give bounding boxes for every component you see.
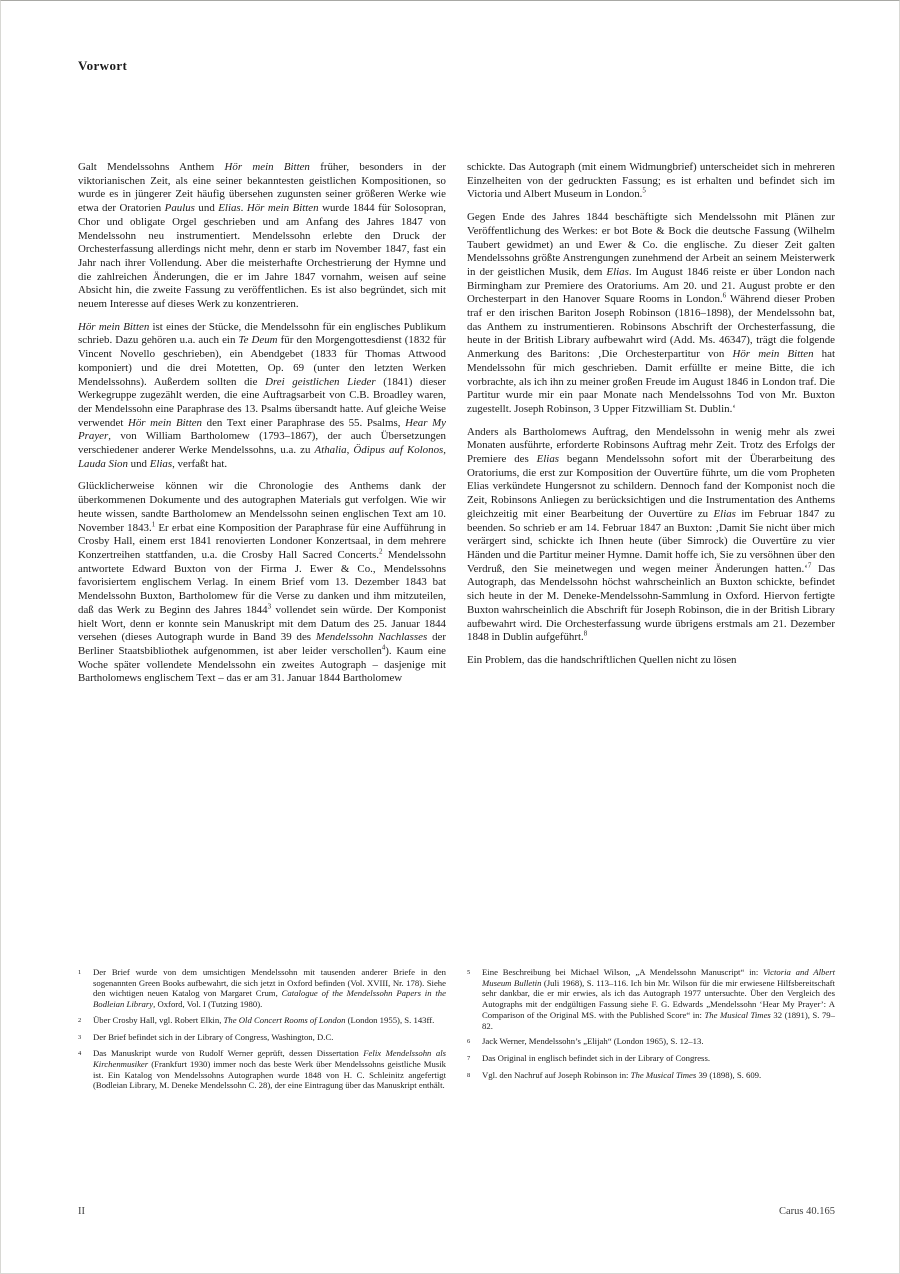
footnote-number: 2 [78,1015,93,1027]
footnote-number: 6 [467,1036,482,1048]
footnote-number: 3 [78,1032,93,1044]
catalog-number: Carus 40.165 [779,1206,835,1217]
footnote-text: Der Brief befindet sich in der Library o… [93,1032,446,1044]
footnotes-section: 1Der Brief wurde von dem umsichtigen Men… [78,967,835,1096]
right-column: schickte. Das Autograph (mit einem Widmu… [467,161,835,695]
text-columns: Galt Mendelssohns Anthem Hör mein Bitten… [78,161,835,695]
footnote-number: 8 [467,1070,482,1082]
footnote: 2Über Crosby Hall, vgl. Robert Elkin, Th… [78,1015,446,1027]
paragraph: Gegen Ende des Jahres 1844 beschäftigte … [467,211,835,417]
footnote-text: Das Manuskript wurde von Rudolf Werner g… [93,1048,446,1091]
footnote: 7Das Original in englisch befindet sich … [467,1053,835,1065]
footnote-reference: 2 [379,547,383,555]
footnote: 8Vgl. den Nachruf auf Joseph Robinson in… [467,1070,835,1082]
footnote-text: Eine Beschreibung bei Michael Wilson, „A… [482,967,835,1031]
page-heading: Vorwort [78,58,127,74]
footnote: 1Der Brief wurde von dem umsichtigen Men… [78,967,446,1010]
footnote-reference: 4 [382,643,386,651]
footnotes-right-column: 5Eine Beschreibung bei Michael Wilson, „… [467,967,835,1096]
footnote: 6Jack Werner, Mendelssohn’s „Elijah“ (Lo… [467,1036,835,1048]
page-footer: II Carus 40.165 [78,1206,835,1217]
footnote-text: Vgl. den Nachruf auf Joseph Robinson in:… [482,1070,835,1082]
paragraph: Ein Problem, das die handschriftlichen Q… [467,654,835,668]
footnote-number: 7 [467,1053,482,1065]
document-page: Vorwort Galt Mendelssohns Anthem Hör mei… [0,0,900,1274]
footnote-reference: 5 [642,187,646,195]
left-column: Galt Mendelssohns Anthem Hör mein Bitten… [78,161,446,695]
footnote-reference: 7 [808,561,812,569]
footnote-reference: 6 [723,292,727,300]
footnotes-left-column: 1Der Brief wurde von dem umsichtigen Men… [78,967,446,1096]
footnote-reference: 3 [268,602,272,610]
paragraph: schickte. Das Autograph (mit einem Widmu… [467,161,835,202]
paragraph: Hör mein Bitten ist eines der Stücke, di… [78,321,446,472]
footnote-reference: 8 [584,630,588,638]
paragraph: Anders als Bartholomews Auftrag, den Men… [467,426,835,645]
paragraph: Glücklicherweise können wir die Chronolo… [78,480,446,686]
footnote-text: Der Brief wurde von dem umsichtigen Mend… [93,967,446,1010]
footnote-text: Über Crosby Hall, vgl. Robert Elkin, The… [93,1015,446,1027]
footnote-reference: 1 [152,520,156,528]
footnote-number: 5 [467,967,482,1031]
footnote-number: 1 [78,967,93,1010]
footnote: 5Eine Beschreibung bei Michael Wilson, „… [467,967,835,1031]
footnote-text: Jack Werner, Mendelssohn’s „Elijah“ (Lon… [482,1036,835,1048]
footnote: 4Das Manuskript wurde von Rudolf Werner … [78,1048,446,1091]
footnote: 3Der Brief befindet sich in der Library … [78,1032,446,1044]
paragraph: Galt Mendelssohns Anthem Hör mein Bitten… [78,161,446,312]
footnote-number: 4 [78,1048,93,1091]
page-number: II [78,1206,85,1217]
footnote-text: Das Original in englisch befindet sich i… [482,1053,835,1065]
